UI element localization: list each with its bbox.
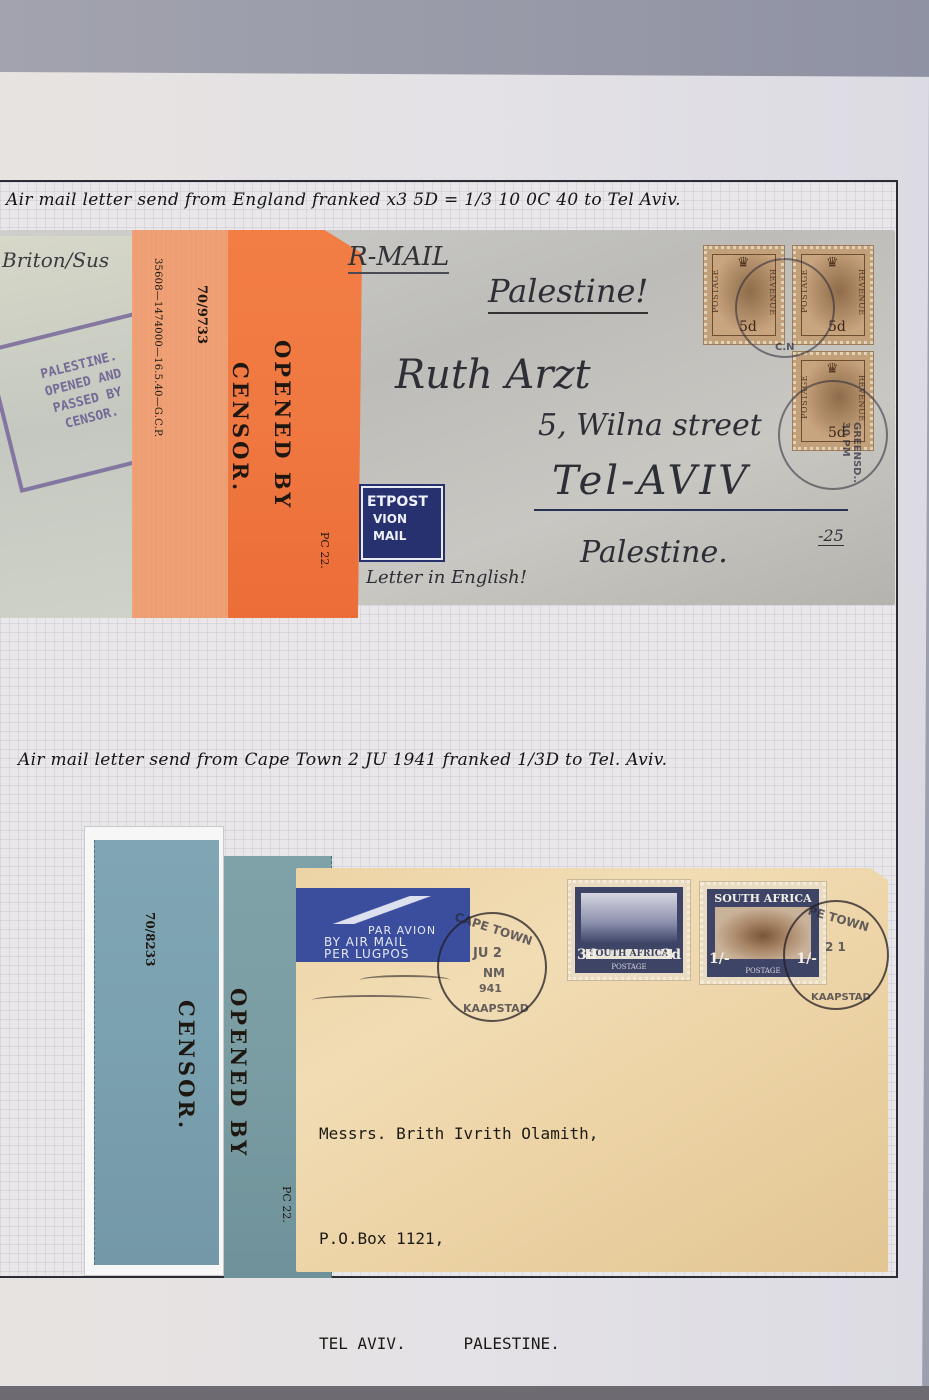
censor-serial: 70/9733 [194, 285, 209, 344]
handwritten-fragment: Briton/Sus [2, 248, 109, 272]
postmark-text: KAAPSTAD [811, 992, 871, 1003]
backdrop-top [0, 0, 929, 78]
backdrop-bottom [0, 1386, 929, 1400]
address-country: Palestine. [580, 535, 728, 570]
cancel-wavy-line [312, 995, 432, 1005]
stamp-country-text: SOUTH AFRICA [703, 892, 823, 905]
postmark-text: C.N [775, 342, 795, 353]
postmark-text: GREENSD.. 30 PM [840, 422, 862, 488]
censor-code: PC 22. [318, 532, 331, 569]
stamp-value: 3d [577, 947, 597, 963]
censor-label-strip-left [132, 230, 230, 618]
address-name: Ruth Arzt [395, 352, 591, 398]
address-underline [534, 509, 848, 511]
caption-england: Air mail letter send from England franke… [6, 190, 681, 210]
postmark-text: KAAPSTAD [463, 1002, 529, 1015]
label-line: ETPOST [367, 494, 441, 511]
label-line: VION [367, 511, 441, 528]
censor-label-strip-left [94, 840, 219, 1265]
crown-icon: ♛ [737, 255, 750, 271]
postmark-text: PE TOWN [806, 904, 870, 935]
cancel-wavy-line [360, 975, 450, 985]
stamp-value: 1/- [709, 951, 730, 967]
caption-cape-town: Air mail letter send from Cape Town 2 JU… [18, 750, 667, 770]
postmark-cape-town: CAPE TOWN JU 2 NM 941 KAAPSTAD [437, 912, 547, 1022]
address-city: Tel-AVIV [552, 458, 750, 504]
label-line: PER LUGPOS [324, 948, 409, 961]
address-line: Messrs. Brith Ivrith Olamith, [319, 1116, 598, 1151]
censor-print-number: 35608—1474000—16.5.40—G.C.P. [152, 258, 163, 437]
postmark-time: NM [483, 966, 505, 980]
stamp-value: 3d [661, 947, 681, 963]
stamp-vignette-trees [581, 893, 677, 943]
censor-text: CENSOR. [228, 362, 253, 493]
stamp-text: POSTAGE [711, 269, 720, 313]
postmark-circle: GREENSD.. 30 PM [778, 380, 888, 490]
air-mail-handwritten: R-MAIL [348, 242, 449, 274]
crown-icon: ♛ [826, 361, 839, 377]
stamp-text: REVENUE [857, 269, 866, 316]
stamp-country-text: SOUTH AFRICA [586, 949, 672, 959]
censor-opened-by: OPENED BY [270, 340, 295, 510]
postmark-circle: C.N [735, 258, 835, 358]
postmark-year: 941 [479, 982, 502, 995]
note-letter-in-english: Letter in English! [366, 567, 527, 588]
crown-icon: ♛ [826, 255, 839, 271]
typed-address: Messrs. Brith Ivrith Olamith, P.O.Box 11… [319, 1046, 598, 1396]
address-line: P.O.Box 1121, [319, 1221, 598, 1256]
luchtpost-airmail-label: ETPOST VION MAIL [361, 486, 443, 560]
arrow-icon [302, 896, 462, 924]
censor-text: CENSOR. [174, 1000, 199, 1131]
postmark-date: JU 2 [473, 946, 502, 961]
stamp-text: POSTAGE [571, 963, 687, 971]
address-header: Palestine! [488, 272, 648, 314]
label-line: MAIL [367, 528, 441, 545]
address-line: TEL AVIV. PALESTINE. [319, 1326, 598, 1361]
censor-serial: 70/8233 [143, 912, 157, 966]
pencil-rate-note: -25 [818, 526, 844, 546]
postmark-cape-town: PE TOWN 2 1 KAAPSTAD [783, 900, 889, 1010]
cover-england: Briton/Sus PALESTINE. OPENED AND PASSED … [0, 230, 898, 625]
postmark-date: 2 1 [825, 940, 846, 954]
censor-code: PC 22. [280, 1186, 293, 1223]
censor-opened-by: OPENED BY [226, 988, 251, 1158]
address-street: 5, Wilna street [538, 408, 762, 443]
stamp-south-africa-3d: SOUTH AFRICA POSTAGE 3d 3d [568, 880, 690, 980]
